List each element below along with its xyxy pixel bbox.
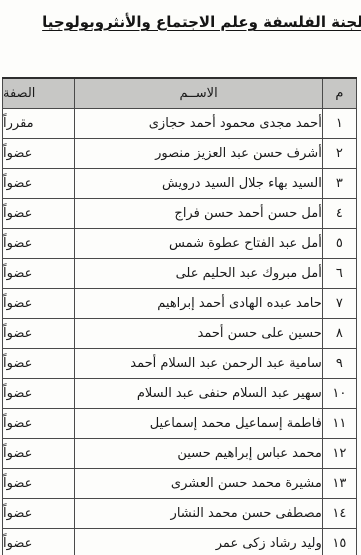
cell-number: ٤ [322, 199, 356, 229]
cell-name: سامية عبد الرحمن عبد السلام أحمد [75, 349, 322, 379]
cell-role: عضواً [3, 499, 75, 529]
cell-name: مشيرة محمد حسن العشرى [75, 469, 322, 499]
cell-name: محمد عباس إبراهيم حسين [75, 439, 322, 469]
table-row: ١٣مشيرة محمد حسن العشرىعضواً [3, 469, 357, 499]
cell-name: حسين على حسن أحمد [75, 319, 322, 349]
cell-name: أمل عبد الفتاح عطوة شمس [75, 229, 322, 259]
cell-number: ٢ [322, 139, 356, 169]
table-row: ١١فاطمة إسماعيل محمد إسماعيلعضواً [3, 409, 357, 439]
cell-name: سهير عبد السلام حنفى عبد السلام [75, 379, 322, 409]
cell-number: ١ [322, 109, 356, 139]
cell-role: عضواً [3, 409, 75, 439]
cell-name: فاطمة إسماعيل محمد إسماعيل [75, 409, 322, 439]
cell-role: عضواً [3, 469, 75, 499]
cell-role: عضواً [3, 289, 75, 319]
committee-table-body: ١أحمد مجدى محمود أحمد حجازىمقرراً٢أشرف ح… [3, 109, 357, 555]
cell-role: عضواً [3, 379, 75, 409]
document-page: { "title": "لجنة الفلسفة وعلم الاجتماع و… [0, 0, 361, 555]
cell-number: ١١ [322, 409, 356, 439]
cell-number: ٩ [322, 349, 356, 379]
table-row: ٢أشرف حسن عبد العزيز منصورعضواً [3, 139, 357, 169]
table-row: ٦أمل مبروك عبد الحليم علىعضواً [3, 259, 357, 289]
cell-role: عضواً [3, 439, 75, 469]
cell-role: عضواً [3, 229, 75, 259]
cell-role: عضواً [3, 529, 75, 555]
cell-role: عضواً [3, 319, 75, 349]
cell-role: مقرراً [3, 109, 75, 139]
cell-name: السيد بهاء جلال السيد درويش [75, 169, 322, 199]
cell-number: ١٣ [322, 469, 356, 499]
cell-number: ٦ [322, 259, 356, 289]
cell-name: أشرف حسن عبد العزيز منصور [75, 139, 322, 169]
cell-name: مصطفى حسن محمد النشار [75, 499, 322, 529]
cell-name: أمل مبروك عبد الحليم على [75, 259, 322, 289]
cell-name: أمل حسن أحمد حسن فراج [75, 199, 322, 229]
cell-number: ١٤ [322, 499, 356, 529]
cell-name: أحمد مجدى محمود أحمد حجازى [75, 109, 322, 139]
committee-table: م الاســم الصفة ١أحمد مجدى محمود أحمد حج… [2, 77, 357, 555]
table-row: ١٤مصطفى حسن محمد النشارعضواً [3, 499, 357, 529]
header-number: م [322, 78, 356, 109]
cell-name: حامد عبده الهادى أحمد إبراهيم [75, 289, 322, 319]
table-row: ٣السيد بهاء جلال السيد درويشعضواً [3, 169, 357, 199]
cell-role: عضواً [3, 349, 75, 379]
table-row: ١٠سهير عبد السلام حنفى عبد السلامعضواً [3, 379, 357, 409]
table-row: ١٥وليد رشاد زكى عمرعضواً [3, 529, 357, 555]
table-row: ٩سامية عبد الرحمن عبد السلام أحمدعضواً [3, 349, 357, 379]
table-row: ٨حسين على حسن أحمدعضواً [3, 319, 357, 349]
cell-number: ٨ [322, 319, 356, 349]
cell-role: عضواً [3, 259, 75, 289]
cell-number: ٥ [322, 229, 356, 259]
table-row: ١أحمد مجدى محمود أحمد حجازىمقرراً [3, 109, 357, 139]
header-name: الاســم [75, 78, 322, 109]
cell-number: ٣ [322, 169, 356, 199]
table-header-row: م الاســم الصفة [3, 78, 357, 109]
cell-number: ١٥ [322, 529, 356, 555]
cell-role: عضواً [3, 199, 75, 229]
page-title: لجنة الفلسفة وعلم الاجتماع والأنثروبولوج… [22, 13, 361, 31]
cell-name: وليد رشاد زكى عمر [75, 529, 322, 555]
table-row: ١٢محمد عباس إبراهيم حسينعضواً [3, 439, 357, 469]
header-role: الصفة [3, 78, 75, 109]
cell-number: ١٠ [322, 379, 356, 409]
cell-role: عضواً [3, 139, 75, 169]
cell-number: ٧ [322, 289, 356, 319]
cell-number: ١٢ [322, 439, 356, 469]
table-row: ٥أمل عبد الفتاح عطوة شمسعضواً [3, 229, 357, 259]
table-row: ٤أمل حسن أحمد حسن فراجعضواً [3, 199, 357, 229]
cell-role: عضواً [3, 169, 75, 199]
table-row: ٧حامد عبده الهادى أحمد إبراهيمعضواً [3, 289, 357, 319]
